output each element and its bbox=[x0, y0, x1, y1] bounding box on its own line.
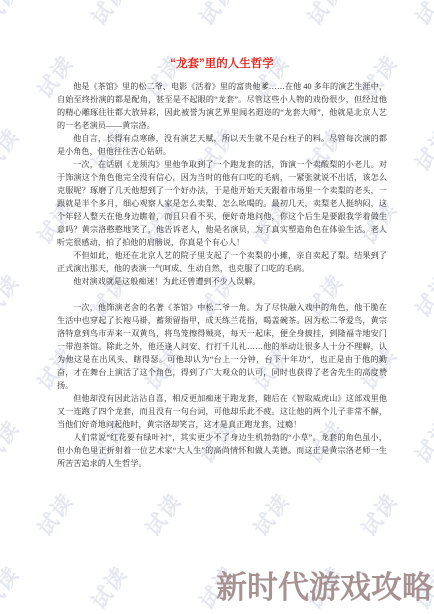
article-paragraph: 他自言，长得有点寒碜，没有演艺天赋，所以天生就不是台柱子的料。尽管每次演的都是小… bbox=[57, 132, 387, 158]
article-title: “龙套”里的人生哲学 bbox=[57, 55, 387, 71]
article-paragraph: 不但如此，他还在北京人艺的院子里支起了一个卖梨的小摊，亲自卖起了梨。结果到了正式… bbox=[57, 249, 387, 275]
watermark-text: 试读 bbox=[0, 558, 25, 614]
watermark-text: 试读 bbox=[0, 0, 25, 32]
watermark-text: 试读 bbox=[247, 485, 296, 543]
article-paragraph: 一次，他饰演老舍的名著《茶馆》中松二爷一角。为了尽快融入戏中的角色，他干脆在生活… bbox=[57, 301, 387, 392]
watermark-text: 试读 bbox=[85, 0, 134, 32]
watermark-text: 试读 bbox=[409, 266, 434, 324]
article-paragraph: 人们常说“红花要有绿叶衬”，其实更少不了身边生机勃勃的“小草”。龙套的角色虽小，… bbox=[57, 431, 387, 470]
watermark-text: 试读 bbox=[409, 0, 434, 32]
watermark-text: 试读 bbox=[0, 120, 25, 178]
watermark-text: 试读 bbox=[139, 485, 188, 543]
watermark-text: 试读 bbox=[355, 485, 404, 543]
article-paragraph: 一次，在话剧《龙须沟》里他争取到了一个跑龙套的活，饰演一个卖酸梨的小老儿。对于饰… bbox=[57, 158, 387, 249]
watermark-text: 试读 bbox=[31, 485, 80, 543]
article-body: 他是《茶馆》里的松二爷、电影《活着》里的富贵他爹……在他 40 多年的演艺生涯中… bbox=[57, 80, 387, 470]
watermark-text: 试读 bbox=[409, 412, 434, 470]
article-paragraph: 他对演戏就是这般痴迷！为此还曾遭到不少人误解。 bbox=[57, 275, 387, 288]
watermark-text: 试读 bbox=[0, 266, 25, 324]
watermark-text: 试读 bbox=[193, 0, 242, 32]
watermark-text: 试读 bbox=[85, 558, 134, 614]
article-paragraph: 但他却没有因此沾沾自喜，相反更加痴迷于跑龙套，随后在《智取威虎山》这部戏里他又一… bbox=[57, 392, 387, 431]
article-paragraph: 他是《茶馆》里的松二爷、电影《活着》里的富贵他爹……在他 40 多年的演艺生涯中… bbox=[57, 80, 387, 132]
article-content: “龙套”里的人生哲学 他是《茶馆》里的松二爷、电影《活着》里的富贵他爹……在他 … bbox=[57, 55, 387, 470]
brand-watermark: 新时代游戏攻略 bbox=[216, 562, 433, 607]
watermark-text: 试读 bbox=[301, 0, 350, 32]
watermark-text: 试读 bbox=[409, 120, 434, 178]
watermark-text: 试读 bbox=[0, 412, 25, 470]
document-page: 试读试读试读试读试读试读试读试读试读试读试读试读试读试读试读试读试读试读试读试读… bbox=[0, 0, 434, 614]
